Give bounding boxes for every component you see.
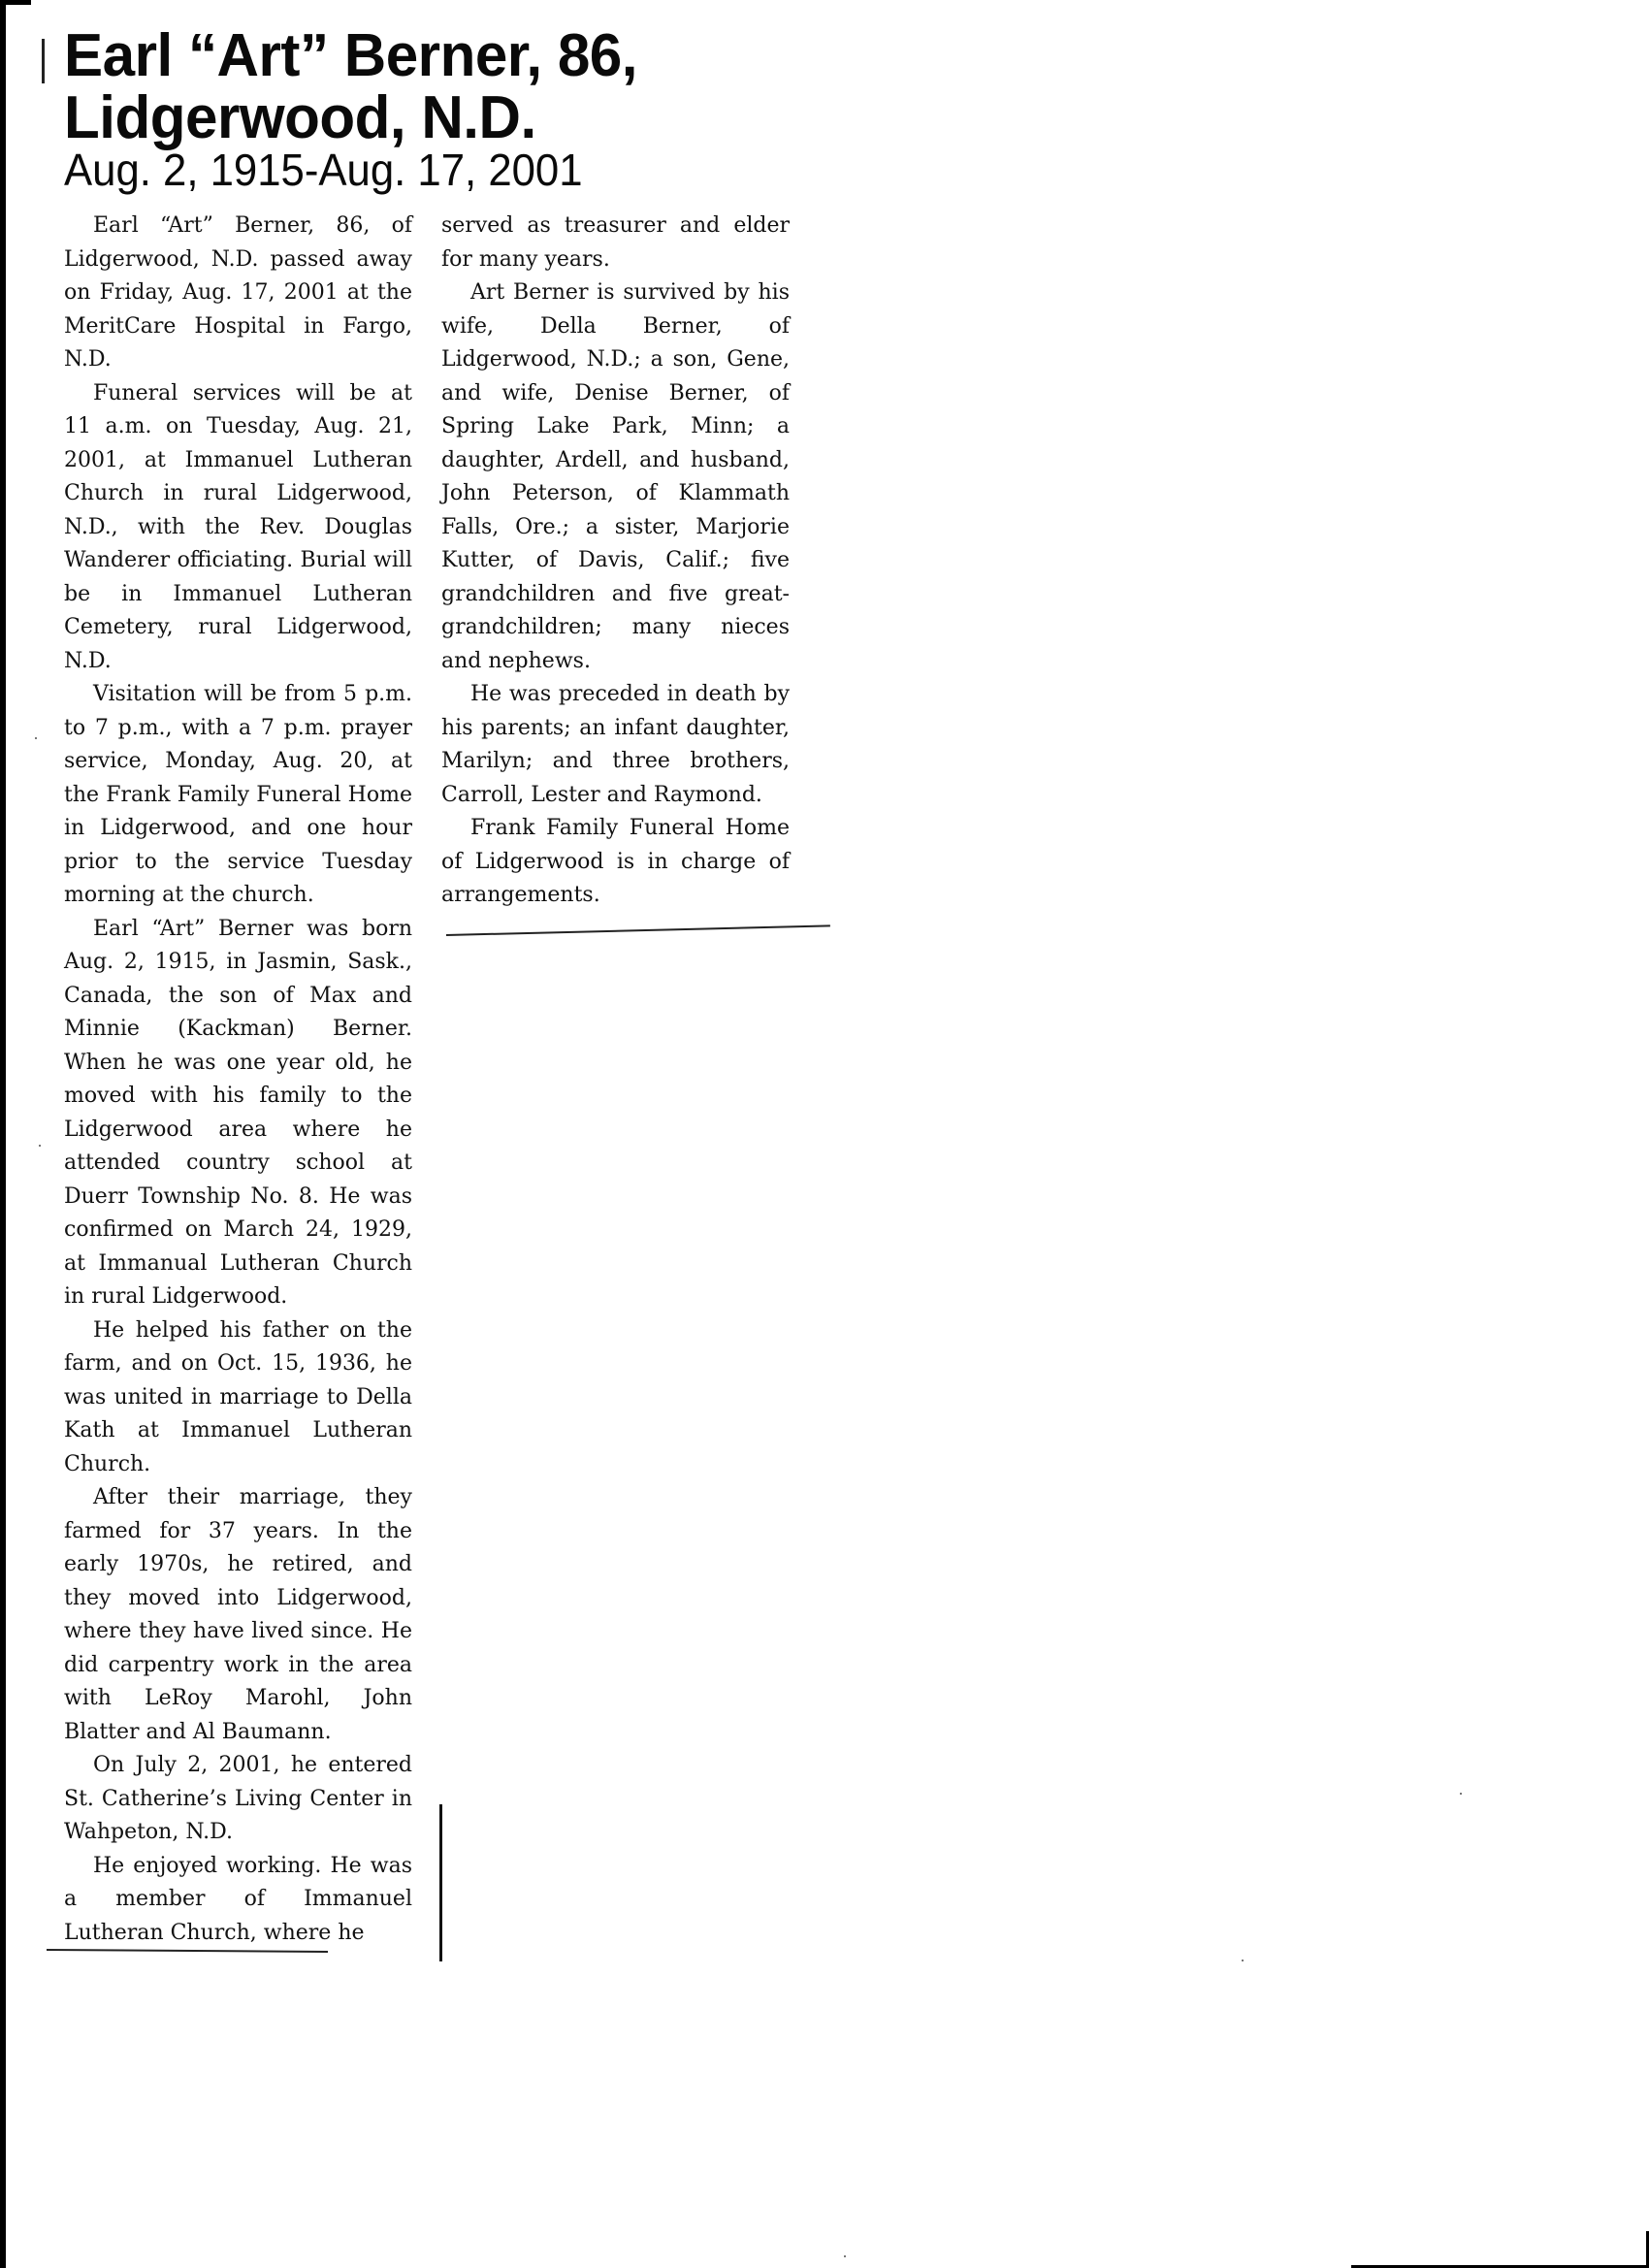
paragraph-preceded-in-death: He was preceded in death by his parents;… (441, 678, 790, 812)
scan-border-left (0, 0, 6, 2268)
article-column-2: served as treasurer and elder for many y… (441, 210, 790, 913)
paragraph-church-membership: He enjoyed working. He was a member of I… (64, 1850, 412, 1951)
paragraph-arrangements: Frank Family Funeral Home of Lidgerwood … (441, 812, 790, 913)
scan-border-top-tab (0, 0, 31, 5)
headline-location: Lidgerwood, N.D. (64, 84, 536, 151)
life-dates: Aug. 2, 1915-Aug. 17, 2001 (64, 146, 583, 194)
paragraph-death-notice: Earl “Art” Berner, 86, of Lidgerwood, N.… (64, 210, 412, 377)
paragraph-marriage: He helped his father on the farm, and on… (64, 1314, 412, 1482)
headline-name: Earl “Art” Berner, 86, (64, 22, 637, 89)
paragraph-living-center: On July 2, 2001, he entered St. Catherin… (64, 1749, 412, 1850)
scan-speck (1242, 1960, 1244, 1961)
scan-speck (35, 737, 37, 739)
scan-speck (1460, 1793, 1462, 1795)
obituary-clipping: Earl “Art” Berner, 86, Lidgerwood, N.D. … (39, 19, 815, 1950)
headline-margin-mark (42, 39, 45, 83)
obituary-headline: Earl “Art” Berner, 86, Lidgerwood, N.D. (64, 25, 637, 149)
paragraph-survivors: Art Berner is survived by his wife, Dell… (441, 276, 790, 678)
paragraph-funeral-services: Funeral services will be at 11 a.m. on T… (64, 377, 412, 679)
paragraph-career: After their marriage, they farmed for 37… (64, 1481, 412, 1749)
paragraph-early-life: Earl “Art” Berner was born Aug. 2, 1915,… (64, 913, 412, 1314)
paragraph-visitation: Visitation will be from 5 p.m. to 7 p.m.… (64, 678, 412, 913)
scan-speck (39, 1145, 41, 1147)
article-end-rule (446, 924, 830, 936)
column-divider-rule (439, 1804, 442, 1961)
scan-speck (844, 2255, 846, 2257)
paragraph-church-membership-continued: served as treasurer and elder for many y… (441, 210, 790, 276)
article-column-1: Earl “Art” Berner, 86, of Lidgerwood, N.… (64, 210, 412, 1950)
